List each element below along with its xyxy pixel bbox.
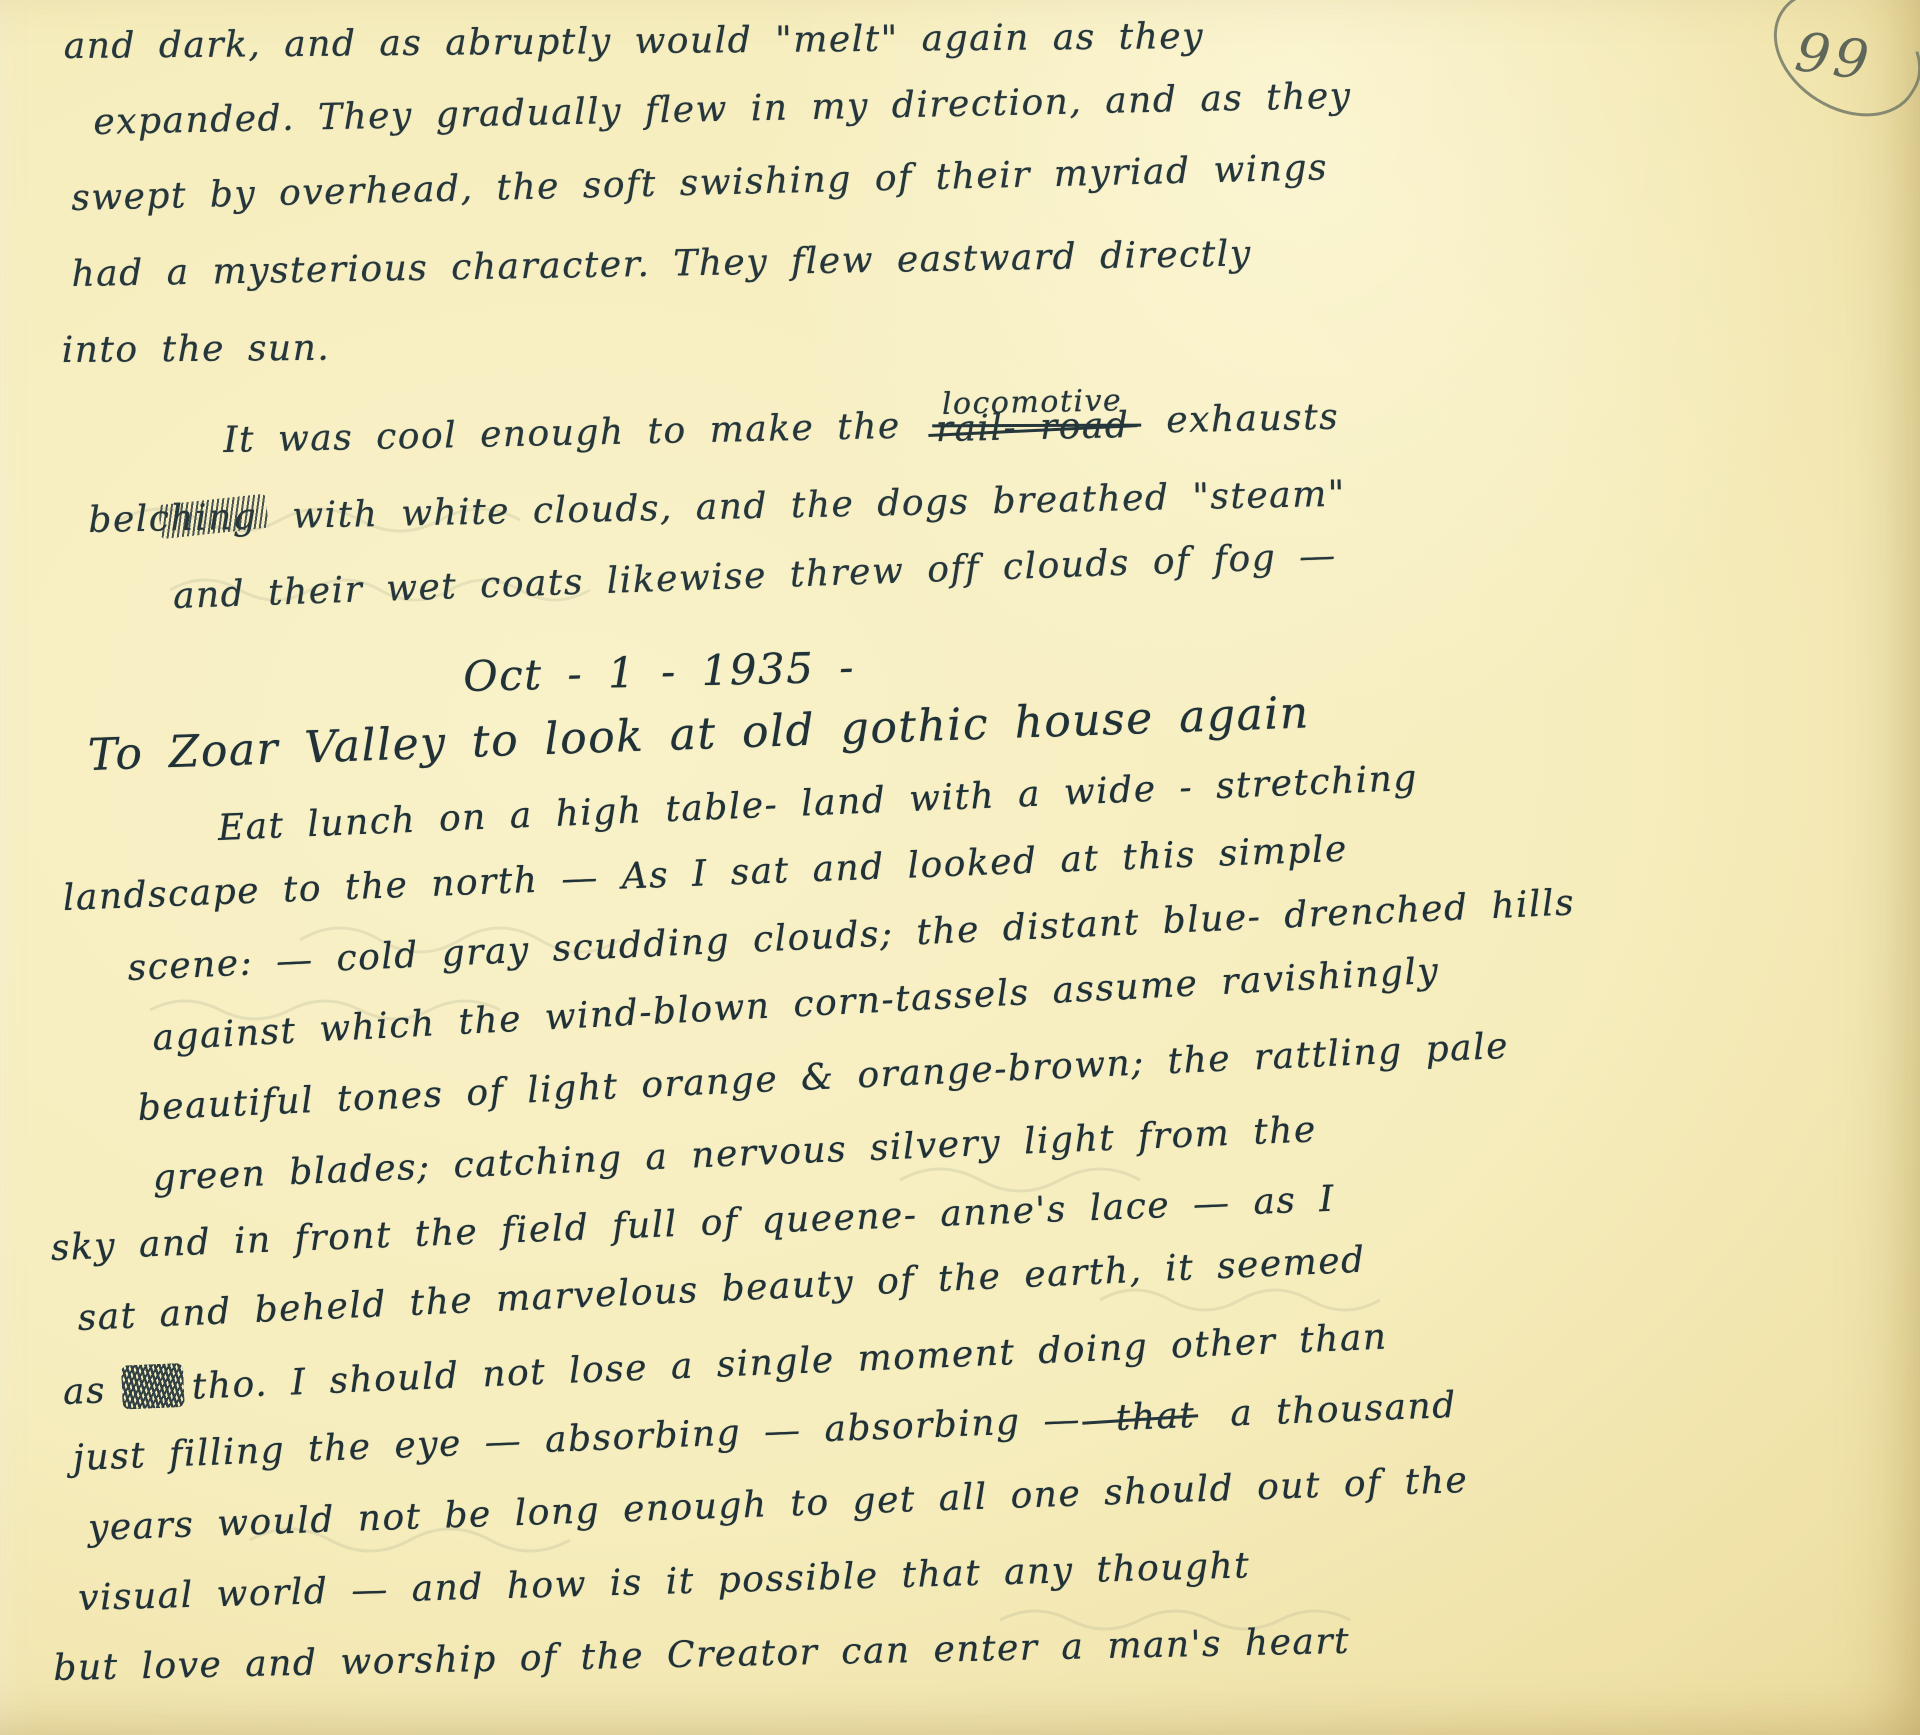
- line-text: with white clouds, and the dogs breathed…: [292, 474, 1346, 537]
- struck-word-railroad: rail- road: [935, 410, 1129, 446]
- handwritten-content: and dark, and as abruptly would "melt" a…: [0, 0, 1920, 1696]
- correction-stack: locomotive rail- road: [935, 387, 1130, 446]
- handwritten-line: had a mysterious character. They flew ea…: [71, 222, 1880, 302]
- line-text: It was cool enough to make the: [223, 406, 901, 461]
- line-text: a thousand: [1229, 1385, 1457, 1435]
- handwritten-line: but love and worship of the Creator can …: [53, 1610, 1880, 1696]
- handwritten-line: into the sun.: [62, 314, 1880, 378]
- journal-page: 99 and dark, and as abruptly would "melt…: [0, 0, 1920, 1735]
- handwritten-line-with-correction: It was cool enough to make the locomotiv…: [223, 371, 1880, 472]
- line-text: exhausts: [1166, 397, 1340, 442]
- oct-1-1935-entry: Oct - 1 - 1935 - To Zoar Valley to look …: [34, 652, 1880, 1696]
- handwritten-line: swept by overhead, the soft swishing of …: [71, 134, 1880, 226]
- cool-morning-paragraph: It was cool enough to make the locomotiv…: [34, 406, 1880, 624]
- line-text: just filling the eye — absorbing — absor…: [72, 1399, 1082, 1479]
- struck-word-that: that: [1115, 1395, 1196, 1439]
- handwritten-line: expanded. They gradually flew in my dire…: [93, 65, 1880, 150]
- handwritten-line: and dark, and as abruptly would "melt" a…: [64, 10, 1880, 74]
- previous-entry-paragraph: and dark, and as abruptly would "melt" a…: [34, 26, 1880, 378]
- scribbled-out-word: [121, 1363, 185, 1410]
- line-text: as: [62, 1370, 107, 1413]
- scribbled-word-belching: belching: [88, 496, 258, 541]
